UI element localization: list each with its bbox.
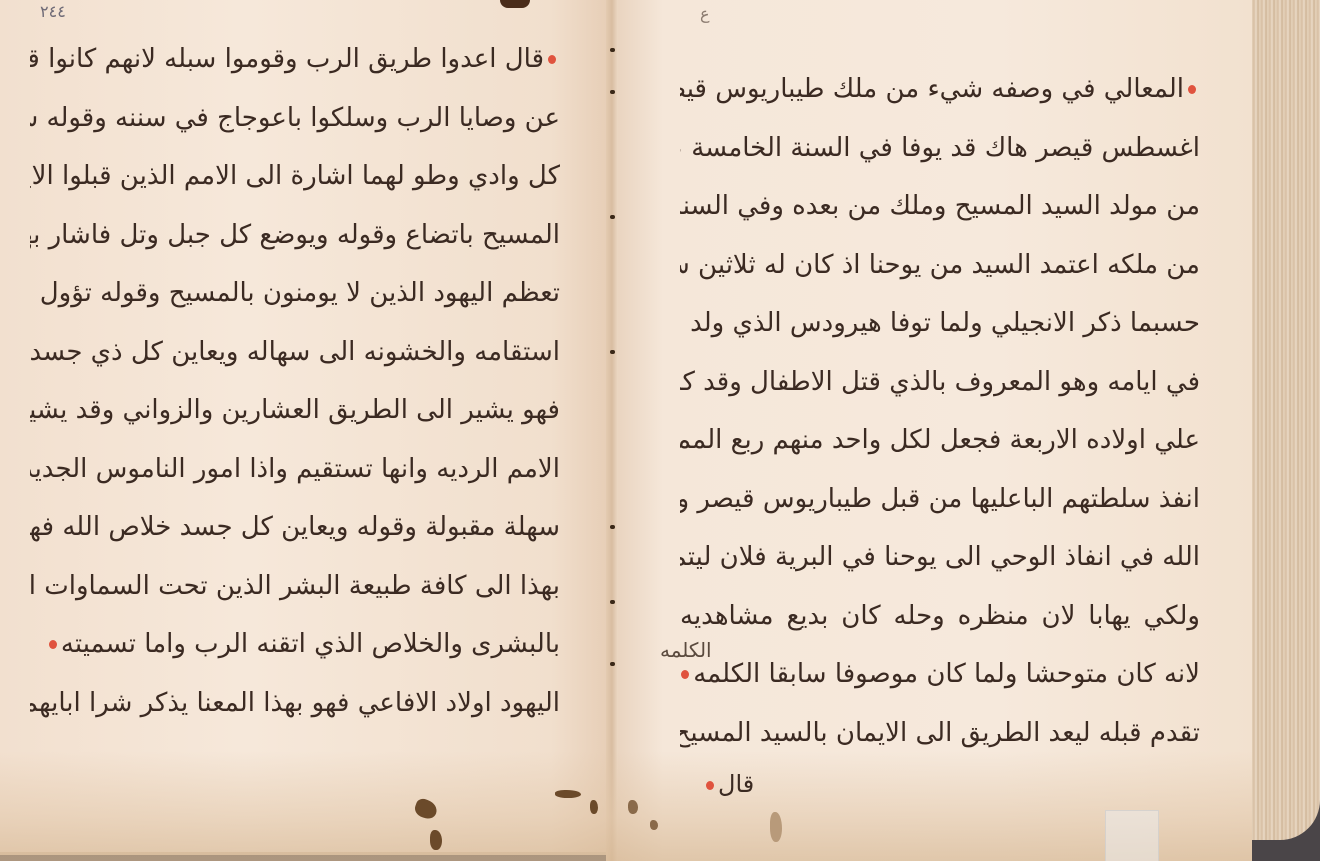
text-line: من مولد السيد المسيح وملك من بعده وفي ال… [680, 177, 1200, 236]
ink-blot [500, 0, 530, 8]
text-line: من ملكه اعتمد السيد من يوحنا اذ كان له ث… [680, 236, 1200, 295]
text-line: اليهود اولاد الافاعي فهو بهذا المعنا يذك… [30, 674, 560, 733]
binding-hole [610, 600, 615, 604]
text-line: كل وادي وطو لهما اشارة الى الامم الذين ق… [30, 147, 560, 206]
water-stain-left [0, 751, 612, 861]
corner-mark: ع [700, 4, 710, 23]
text-line: المسيح باتضاع وقوله ويوضع كل جبل وتل فاش… [30, 206, 560, 265]
text-line: في ايامه وهو المعروف بالذي قتل الاطفال و… [680, 353, 1200, 412]
rubric-dot [1188, 85, 1196, 94]
worm-hole [430, 830, 442, 850]
repair-tape [1105, 810, 1159, 861]
text-line: قال اعدوا طريق الرب وقوموا سبله لانهم كا… [30, 30, 560, 89]
text-line: المعالي في وصفه شيء من ملك طيباريوس قيصر… [680, 60, 1200, 119]
text-line: ولكي يهابا لان منظره وحله كان بديع مشاهد… [680, 587, 1200, 646]
right-page-text: المعالي في وصفه شيء من ملك طيباريوس قيصر… [680, 60, 1200, 762]
binding-hole [610, 215, 615, 219]
binding-hole [610, 662, 615, 666]
text-line: سهلة مقبولة وقوله ويعاين كل جسد خلاص الل… [30, 498, 560, 557]
binding-hole [610, 90, 615, 94]
book-gutter [606, 0, 618, 861]
text-line: الله في انفاذ الوحي الى يوحنا في البرية … [680, 528, 1200, 587]
worm-hole [555, 790, 581, 798]
worm-hole [650, 820, 658, 830]
manuscript-spread: ٢٤٤ ع قال اعدوا طريق الرب وقوموا سبله لا… [0, 0, 1320, 861]
text-line: تعظم اليهود الذين لا يومنون بالمسيح وقول… [30, 264, 560, 323]
rubric-dot [548, 55, 556, 64]
text-line: بهذا الى كافة طبيعة البشر الذين تحت السم… [30, 557, 560, 616]
text-line: حسبما ذكر الانجيلي ولما توفا هيرودس الذي… [680, 294, 1200, 353]
text-line: تقدم قبله ليعد الطريق الى الايمان بالسيد… [680, 704, 1200, 763]
binding-hole [610, 525, 615, 529]
binding-hole [610, 350, 615, 354]
text-line: بالبشرى والخلاص الذي اتقنه الرب واما تسم… [30, 615, 560, 674]
marginal-note: الكلمه [660, 638, 712, 662]
text-line: علي اولاده الاربعة فجعل لكل واحد منهم رب… [680, 411, 1200, 470]
page-edges [1252, 0, 1320, 840]
binding-hole [610, 48, 615, 52]
worm-hole [770, 812, 782, 842]
text-line: انفذ سلطتهم الباعليها من قبل طيباريوس قي… [680, 470, 1200, 529]
left-page-text: قال اعدوا طريق الرب وقوموا سبله لانهم كا… [30, 30, 560, 732]
worm-hole [590, 800, 598, 814]
catchword: قال [700, 770, 754, 798]
worm-hole [628, 800, 638, 814]
text-line: فهو يشير الى الطريق العشارين والزواني وق… [30, 381, 560, 440]
text-line: الامم الرديه وانها تستقيم واذا امور النا… [30, 440, 560, 499]
text-line: اغسطس قيصر هاك قد يوفا في السنة الخامسة … [680, 119, 1200, 178]
text-line: لانه كان متوحشا ولما كان موصوفا سابقا ال… [680, 645, 1200, 704]
rubric-dot [681, 670, 689, 679]
text-line: استقامه والخشونه الى سهاله ويعاين كل ذي … [30, 323, 560, 382]
folio-number: ٢٤٤ [40, 2, 66, 21]
rubric-dot [706, 781, 714, 790]
text-line: عن وصايا الرب وسلكوا باعوجاج في سننه وقو… [30, 89, 560, 148]
rubric-dot [49, 640, 57, 649]
